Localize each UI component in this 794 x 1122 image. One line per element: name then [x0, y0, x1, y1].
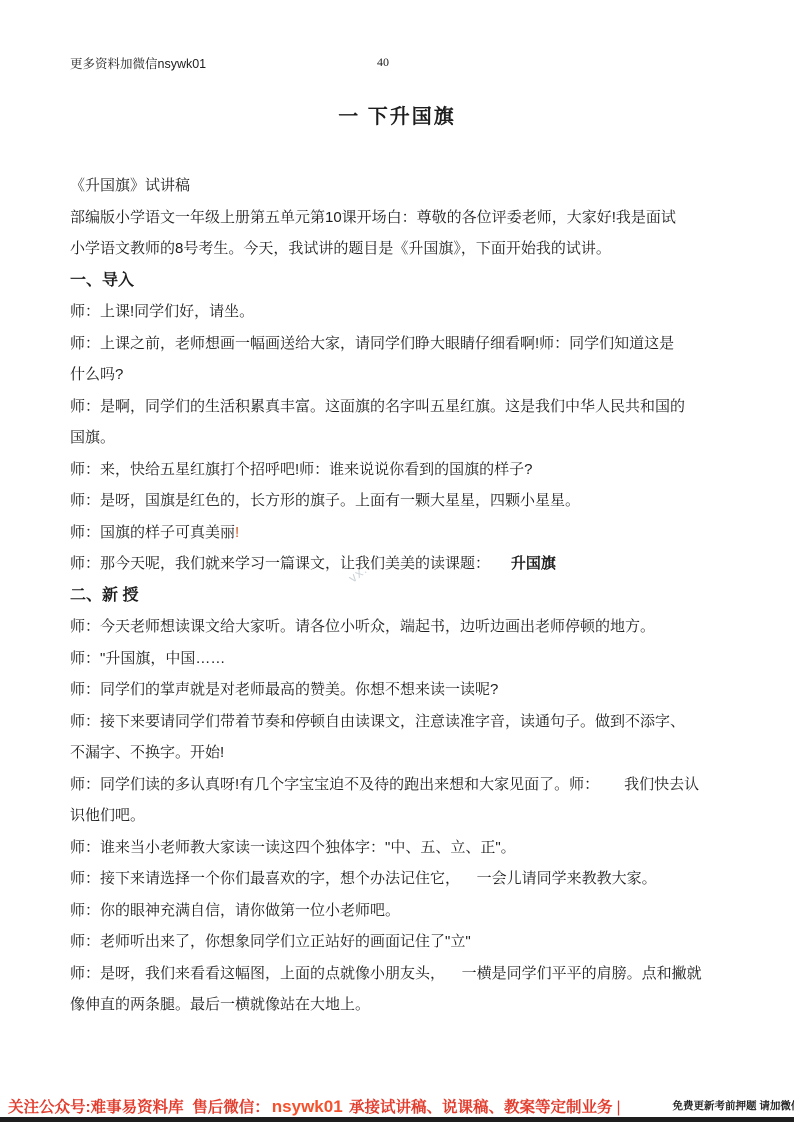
text-line: 师：国旗的样子可真美丽!: [70, 517, 724, 549]
text-line: 师：上课之前，老师想画一幅画送给大家，请同学们睁大眼睛仔细看啊!师：同学们知道这…: [70, 328, 724, 360]
text-segment: 小学语文教师的8号考生。今天，我试讲的题目是《升国旗》，下面开始我的试讲。: [70, 240, 611, 257]
text-segment: 师：那今天呢，我们就来学习一篇课文，让我们美美的读课题：: [70, 555, 511, 572]
text-line: 像伸直的两条腿。最后一横就像站在大地上。: [70, 989, 724, 1021]
text-segment: 师：今天老师想读课文给大家听。请各位小听众，端起书，边听边画出老师停顿的地方。: [70, 618, 655, 635]
text-line: 师：是啊，同学们的生活积累真丰富。这面旗的名字叫五星红旗。这是我们中华人民共和国…: [70, 391, 724, 423]
text-segment: 师：来，快给五星红旗打个招呼吧!师：谁来说说你看到的国旗的样子?: [70, 461, 533, 478]
text-line: 师：是呀，国旗是红色的，长方形的旗子。上面有一颗大星星，四颗小星星。: [70, 485, 724, 517]
text-segment: 师：接下来要请同学们带着节奏和停顿自由读课文，注意读准字音，读通句子。做到不添字…: [70, 713, 685, 730]
text-line: 师：你的眼神充满自信，请你做第一位小老师吧。: [70, 895, 724, 927]
text-line: 师：接下来请选择一个你们最喜欢的字，想个办法记住它， 一会儿请同学来教教大家。: [70, 863, 724, 895]
text-segment: 师：同学们读的多认真呀!有几个字宝宝迫不及待的跑出来想和大家见面了。师： 我们快…: [70, 776, 699, 793]
text-segment: !: [235, 524, 239, 541]
text-segment: 师：接下来请选择一个你们最喜欢的字，想个办法记住它， 一会儿请同学来教教大家。: [70, 870, 657, 887]
text-line: 什么吗?: [70, 359, 724, 391]
text-line: 师：是呀，我们来看看这幅图，上面的点就像小朋友头， 一横是同学们平平的肩膀。点和…: [70, 958, 724, 990]
text-line: 师：谁来当小老师教大家读一读这四个独体字："中、五、立、正"。: [70, 832, 724, 864]
text-segment: 师：是啊，同学们的生活积累真丰富。这面旗的名字叫五星红旗。这是我们中华人民共和国…: [70, 398, 685, 415]
page-title: 一 下升国旗: [0, 100, 794, 129]
text-line: 师：今天老师想读课文给大家听。请各位小听众，端起书，边听边画出老师停顿的地方。: [70, 611, 724, 643]
page-header: 更多资料加微信nsywk01 40: [70, 54, 724, 70]
document-page: 更多资料加微信nsywk01 40 一 下升国旗 vx: 《升国旗》试讲稿部编版…: [0, 0, 794, 1122]
text-segment: 二、新 授: [70, 587, 138, 604]
text-segment: 识他们吧。: [70, 807, 145, 824]
text-segment: 师：谁来当小老师教大家读一读这四个独体字："中、五、立、正"。: [70, 839, 516, 856]
footer-red-text-2: 承接试讲稿、说课稿、教案等定制业务: [345, 1095, 613, 1117]
text-line: 师：同学们的掌声就是对老师最高的赞美。你想不想来读一读呢?: [70, 674, 724, 706]
footer-wechat-id: nsywk01: [270, 1097, 345, 1117]
text-line: 《升国旗》试讲稿: [70, 170, 724, 202]
bottom-page-divider-bar: [0, 1117, 794, 1122]
text-line: 师：上课!同学们好，请坐。: [70, 296, 724, 328]
text-segment: 师：是呀，国旗是红色的，长方形的旗子。上面有一颗大星星，四颗小星星。: [70, 492, 580, 509]
text-segment: 不漏字、不换字。开始!: [70, 744, 224, 761]
footer-red-text-1: 关注公众号:难事易资料库 售后微信：: [8, 1095, 270, 1117]
text-segment: 师：是呀，我们来看看这幅图，上面的点就像小朋友头， 一横是同学们平平的肩膀。点和…: [70, 965, 702, 982]
text-segment: 师：上课!同学们好，请坐。: [70, 303, 254, 320]
text-line: 师：老师听出来了，你想象同学们立正站好的画面记住了"立": [70, 926, 724, 958]
text-line: 识他们吧。: [70, 800, 724, 832]
text-segment: 师：老师听出来了，你想象同学们立正站好的画面记住了"立": [70, 933, 471, 950]
text-segment: 部编版小学语文一年级上册第五单元第10课开场白：尊敬的各位评委老师，大家好!我是…: [70, 209, 676, 226]
page-footer: 关注公众号:难事易资料库 售后微信： nsywk01 承接试讲稿、说课稿、教案等…: [8, 1093, 794, 1117]
text-line: 师：来，快给五星红旗打个招呼吧!师：谁来说说你看到的国旗的样子?: [70, 454, 724, 486]
text-segment: 一、导入: [70, 272, 134, 289]
text-segment: 师："升国旗，中国……: [70, 650, 225, 667]
footer-promo-text: 关注公众号:难事易资料库 售后微信： nsywk01 承接试讲稿、说课稿、教案等…: [8, 1095, 621, 1117]
text-line: 师：同学们读的多认真呀!有几个字宝宝迫不及待的跑出来想和大家见面了。师： 我们快…: [70, 769, 724, 801]
text-segment: 师：你的眼神充满自信，请你做第一位小老师吧。: [70, 902, 400, 919]
footer-separator: |: [612, 1099, 620, 1117]
text-line: 部编版小学语文一年级上册第五单元第10课开场白：尊敬的各位评委老师，大家好!我是…: [70, 202, 724, 234]
text-line: 小学语文教师的8号考生。今天，我试讲的题目是《升国旗》，下面开始我的试讲。: [70, 233, 724, 265]
text-segment: 师：国旗的样子可真美丽: [70, 524, 235, 541]
text-line: 不漏字、不换字。开始!: [70, 737, 724, 769]
footer-right-note: 免费更新考前押题 请加微信: [673, 1098, 794, 1117]
text-segment: 像伸直的两条腿。最后一横就像站在大地上。: [70, 996, 370, 1013]
text-segment: 国旗。: [70, 429, 115, 446]
document-body: 《升国旗》试讲稿部编版小学语文一年级上册第五单元第10课开场白：尊敬的各位评委老…: [70, 170, 724, 1021]
text-line: 师：接下来要请同学们带着节奏和停顿自由读课文，注意读准字音，读通句子。做到不添字…: [70, 706, 724, 738]
text-line: 师："升国旗，中国……: [70, 643, 724, 675]
text-line: 师：那今天呢，我们就来学习一篇课文，让我们美美的读课题： 升国旗: [70, 548, 724, 580]
section-heading: 二、新 授: [70, 580, 724, 612]
text-segment: 什么吗?: [70, 366, 123, 383]
page-number: 40: [70, 55, 696, 70]
text-segment: 师：上课之前，老师想画一幅画送给大家，请同学们睁大眼睛仔细看啊!师：同学们知道这…: [70, 335, 674, 352]
section-heading: 一、导入: [70, 265, 724, 297]
text-segment: 师：同学们的掌声就是对老师最高的赞美。你想不想来读一读呢?: [70, 681, 498, 698]
text-segment: 《升国旗》试讲稿: [70, 177, 190, 194]
text-line: 国旗。: [70, 422, 724, 454]
text-segment: 升国旗: [511, 555, 556, 572]
